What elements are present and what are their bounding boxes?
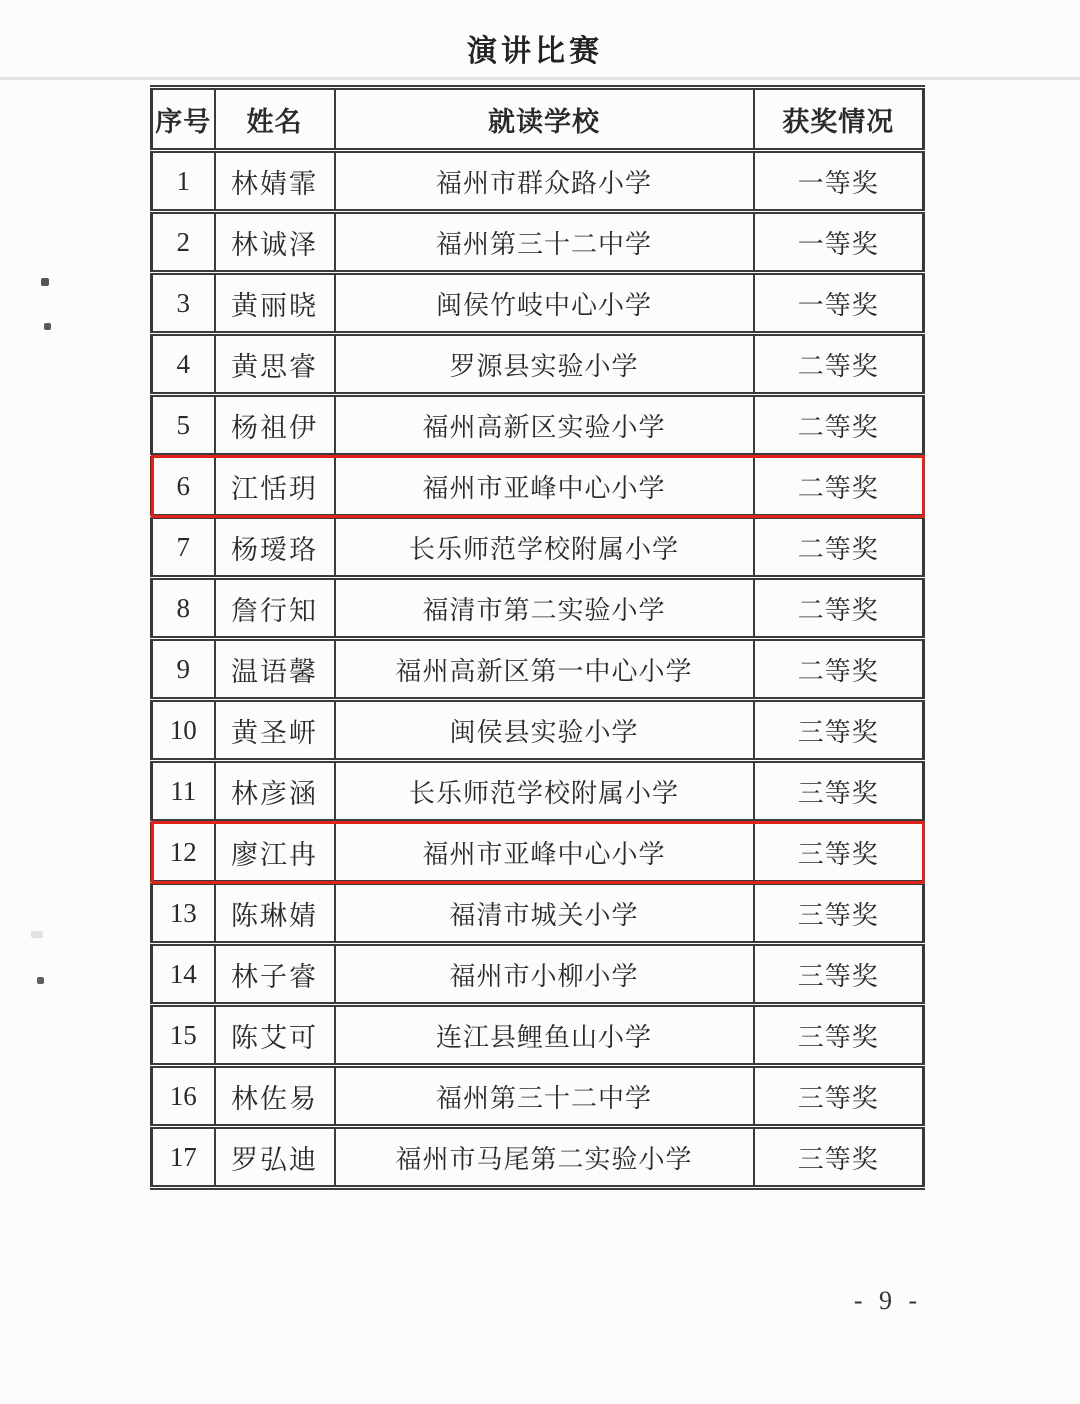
cell-school: 福州市小柳小学	[335, 944, 754, 1005]
cell-no: 10	[152, 700, 215, 761]
cell-no: 14	[152, 944, 215, 1005]
table-row: 8 詹行知 福清市第二实验小学 二等奖	[152, 578, 924, 639]
header-no: 序号	[152, 88, 215, 151]
cell-name: 林彦涵	[215, 761, 335, 822]
cell-award: 二等奖	[754, 517, 924, 578]
cell-school: 长乐师范学校附属小学	[335, 517, 754, 578]
cell-name: 黄圣岍	[215, 700, 335, 761]
cell-award: 三等奖	[754, 883, 924, 944]
cell-school: 福州市亚峰中心小学	[335, 456, 754, 517]
cell-no: 9	[152, 639, 215, 700]
cell-no: 11	[152, 761, 215, 822]
cell-name: 林婧霏	[215, 151, 335, 212]
cell-no: 15	[152, 1005, 215, 1066]
cell-name: 陈琳婧	[215, 883, 335, 944]
cell-no: 5	[152, 395, 215, 456]
header-award: 获奖情况	[754, 88, 924, 151]
table-row: 9 温语馨 福州高新区第一中心小学 二等奖	[152, 639, 924, 700]
cell-award: 三等奖	[754, 761, 924, 822]
cell-no: 16	[152, 1066, 215, 1127]
table-row: 10 黄圣岍 闽侯县实验小学 三等奖	[152, 700, 924, 761]
cell-no: 1	[152, 151, 215, 212]
cell-award: 三等奖	[754, 1005, 924, 1066]
cell-award: 一等奖	[754, 212, 924, 273]
cell-award: 三等奖	[754, 1127, 924, 1188]
cell-name: 黄丽晓	[215, 273, 335, 334]
page-title: 演讲比赛	[0, 26, 1070, 70]
cell-school: 福州第三十二中学	[335, 212, 754, 273]
table-body: 1 林婧霏 福州市群众路小学 一等奖 2 林诚泽 福州第三十二中学 一等奖 3 …	[152, 151, 924, 1188]
cell-award: 三等奖	[754, 700, 924, 761]
cell-name: 黄思睿	[215, 334, 335, 395]
cell-award: 二等奖	[754, 456, 924, 517]
table-row: 3 黄丽晓 闽侯竹岐中心小学 一等奖	[152, 273, 924, 334]
table-row: 1 林婧霏 福州市群众路小学 一等奖	[152, 151, 924, 212]
cell-no: 6	[152, 456, 215, 517]
scan-artifact-speck	[41, 278, 49, 286]
cell-school: 福州市马尾第二实验小学	[335, 1127, 754, 1188]
cell-no: 8	[152, 578, 215, 639]
cell-award: 三等奖	[754, 944, 924, 1005]
cell-name: 林子睿	[215, 944, 335, 1005]
table-row: 16 林佐易 福州第三十二中学 三等奖	[152, 1066, 924, 1127]
cell-award: 二等奖	[754, 578, 924, 639]
cell-school: 闽侯竹岐中心小学	[335, 273, 754, 334]
cell-name: 温语馨	[215, 639, 335, 700]
cell-school: 闽侯县实验小学	[335, 700, 754, 761]
table-row: 13 陈琳婧 福清市城关小学 三等奖	[152, 883, 924, 944]
table-header-row: 序号 姓名 就读学校 获奖情况	[152, 88, 924, 151]
cell-school: 罗源县实验小学	[335, 334, 754, 395]
table-row: 5 杨祖伊 福州高新区实验小学 二等奖	[152, 395, 924, 456]
cell-name: 杨瑷珞	[215, 517, 335, 578]
cell-no: 13	[152, 883, 215, 944]
cell-school: 福清市城关小学	[335, 883, 754, 944]
scan-artifact-streak	[0, 77, 1080, 80]
scan-artifact-speck	[31, 931, 43, 938]
table-row: 17 罗弘迪 福州市马尾第二实验小学 三等奖	[152, 1127, 924, 1188]
cell-school: 长乐师范学校附属小学	[335, 761, 754, 822]
table-row: 7 杨瑷珞 长乐师范学校附属小学 二等奖	[152, 517, 924, 578]
table-row: 11 林彦涵 长乐师范学校附属小学 三等奖	[152, 761, 924, 822]
cell-name: 詹行知	[215, 578, 335, 639]
cell-school: 福州高新区第一中心小学	[335, 639, 754, 700]
cell-award: 三等奖	[754, 1066, 924, 1127]
cell-no: 3	[152, 273, 215, 334]
table-row: 15 陈艾可 连江县鲤鱼山小学 三等奖	[152, 1005, 924, 1066]
cell-award: 二等奖	[754, 334, 924, 395]
cell-school: 福州第三十二中学	[335, 1066, 754, 1127]
page-number: - 9 -	[838, 1286, 938, 1316]
cell-award: 一等奖	[754, 273, 924, 334]
cell-no: 2	[152, 212, 215, 273]
cell-award: 三等奖	[754, 822, 924, 883]
table-row: 12 廖江冉 福州市亚峰中心小学 三等奖	[152, 822, 924, 883]
header-name: 姓名	[215, 88, 335, 151]
cell-name: 廖江冉	[215, 822, 335, 883]
scanned-document-page: 演讲比赛 序号 姓名 就读学校 获奖情况 1 林婧霏 福州市群众路小学 一等奖 …	[0, 0, 1080, 1404]
cell-award: 一等奖	[754, 151, 924, 212]
cell-no: 12	[152, 822, 215, 883]
cell-school: 连江县鲤鱼山小学	[335, 1005, 754, 1066]
cell-no: 4	[152, 334, 215, 395]
cell-name: 罗弘迪	[215, 1127, 335, 1188]
cell-name: 陈艾可	[215, 1005, 335, 1066]
table-row: 14 林子睿 福州市小柳小学 三等奖	[152, 944, 924, 1005]
table-header: 序号 姓名 就读学校 获奖情况	[152, 88, 924, 151]
cell-school: 福州市亚峰中心小学	[335, 822, 754, 883]
award-results-table: 序号 姓名 就读学校 获奖情况 1 林婧霏 福州市群众路小学 一等奖 2 林诚泽…	[150, 85, 925, 1190]
cell-name: 江恬玥	[215, 456, 335, 517]
cell-name: 林佐易	[215, 1066, 335, 1127]
table-row: 2 林诚泽 福州第三十二中学 一等奖	[152, 212, 924, 273]
table-row: 6 江恬玥 福州市亚峰中心小学 二等奖	[152, 456, 924, 517]
scan-artifact-speck	[37, 977, 44, 984]
cell-name: 杨祖伊	[215, 395, 335, 456]
header-school: 就读学校	[335, 88, 754, 151]
cell-school: 福州市群众路小学	[335, 151, 754, 212]
cell-school: 福清市第二实验小学	[335, 578, 754, 639]
cell-name: 林诚泽	[215, 212, 335, 273]
cell-award: 二等奖	[754, 395, 924, 456]
cell-no: 17	[152, 1127, 215, 1188]
cell-school: 福州高新区实验小学	[335, 395, 754, 456]
table-row: 4 黄思睿 罗源县实验小学 二等奖	[152, 334, 924, 395]
cell-no: 7	[152, 517, 215, 578]
scan-artifact-speck	[44, 323, 51, 330]
cell-award: 二等奖	[754, 639, 924, 700]
